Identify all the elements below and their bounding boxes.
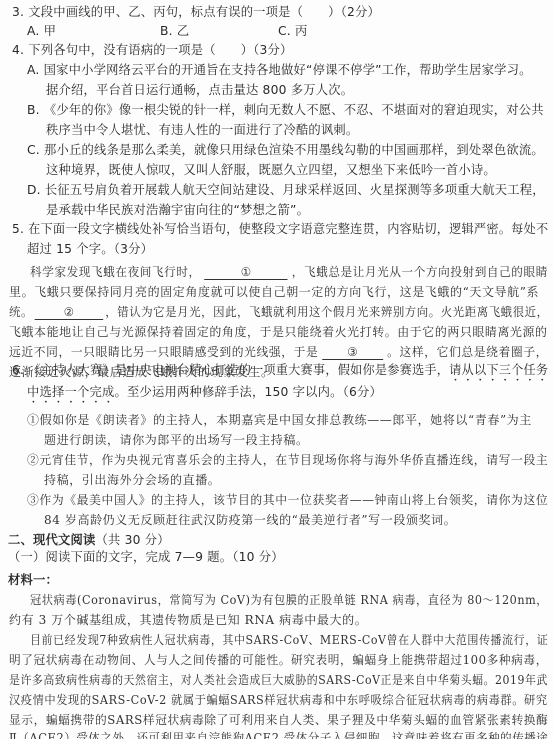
question-3-stem: 3. 文段中画线的甲、乙、丙句，标点有误的一项是（ ）（2分） [12,4,380,20]
question-4-option-c-line1: C. 那小丘的线条是那么柔美，就像只用绿色渲染不用墨线勾勒的中国画那样，到处翠色… [27,142,544,158]
passage-line-2: 里。飞蛾只要保持同月亮的固定角度就可以使自己朝一定的方向飞行，这是飞蛾的“天文导… [9,284,539,300]
material-paragraph-line: 冠状病毒(Coronavirus，常简写为 CoV)为有包膜的正股单链 RNA … [30,592,548,608]
material-paragraph-line: 明了冠状病毒在动物间、人与人之间传播的可能性。研究表明，蝙蝠身上能携带超过100… [9,652,548,668]
question-4-option-d-line1: D. 长征五号肩负着开展载人航天空间站建设、月球采样返回、火星探测等多项重大航天… [27,182,545,198]
question-4-option-c-line2: 这种境界，既使人惊叹，又叫人舒服，既愿久立四望，又想坐下来低吟一首小诗。 [46,162,496,178]
question-6-stem-line2: 中选择一个完成。至少运用两种修辞手法，150 字以内。（6分） [27,384,382,406]
task-2-line1: ②元宵佳节，作为央视元宵喜乐会的主持人，在节目现场你将与海外华侨直播连线，请写一… [27,452,548,468]
exam-page: 3. 文段中画线的甲、乙、丙句，标点有误的一项是（ ）（2分） A. 甲 B. … [0,0,554,739]
question-3-option-a: A. 甲 [27,23,56,39]
task-3-line1: ③作为《最美中国人》的主持人，该节目的其中一位获奖者——钟南山将上台领奖，请你为… [27,492,548,508]
section-2-heading: 二、现代文阅读（共 30 分） [8,532,170,548]
blank-3[interactable]: ③ [322,345,383,360]
question-3-option-c: C. 丙 [278,23,308,39]
question-6-stem-text: 6. 《主持人大赛》是中央电视台精心打造的一项重大赛事，假如你是参赛选手， [12,363,449,377]
passage-text: 科学家发现飞蛾在夜间飞行时， [30,265,201,279]
question-5-stem-line2: 超过 15 个字。（3分） [27,241,153,257]
question-4-option-a-line1: A. 国家中小学网络云平台的开通旨在支持各地做好“停课不停学”工作，帮助学生居家… [27,62,532,78]
passage-text: 远近不同，一只眼睛比另一只眼睛感受到的光线强，于是 [9,345,318,359]
material-paragraph-line: 汉疫情中发现的SARS-CoV-2 就属于蝙蝠SARS样冠状病毒和中东呼吸综合征… [9,692,548,708]
material-paragraph-line: 约有 3 万个碱基组成，其遗传物质是已知 RNA 病毒中最大的。 [9,612,367,628]
question-6-emphasis: 中选择一个完成 [27,385,114,399]
material-1-title: 材料一： [8,572,58,588]
section-2-score: （共 30 分） [95,533,169,547]
blank-1[interactable]: ① [205,265,288,280]
question-3-option-b: B. 乙 [160,23,189,39]
subsection-1-instruction: （一）阅读下面的文字，完成 7—9 题。（10 分） [8,549,284,565]
question-4-option-b-line1: B. 《少年的你》像一根尖锐的针一样，刺向无数人不愿、不忍、不堪面对的窘迫现实，… [27,102,544,118]
passage-text: 。这样，它们总是绕着圈子， [387,345,548,359]
question-4-option-a-line2: 据介绍，平台首日运行通畅，点击量达 800 多万人次。 [46,82,353,98]
passage-text: 统。 [9,305,33,319]
material-paragraph-line: 目前已经发现7种致病性人冠状病毒，其中SARS-CoV、MERS-CoV曾在人群… [30,632,548,648]
section-2-title: 二、现代文阅读 [8,533,95,547]
task-1-line1: ①假如你是《朗读者》的主持人，本期嘉宾是中国女排总教练——郎平，她将以“青春”为… [27,412,532,428]
material-paragraph-line: 是许多高致病性病毒的天然宿主，对人类社会造成巨大威胁的SARS-CoV正是来自中… [9,672,548,688]
question-6-stem-line1: 6. 《主持人大赛》是中央电视台精心打造的一项重大赛事，假如你是参赛选手，请从以… [12,362,548,384]
material-paragraph-line: 显示，蝙蝠携带的SARS样冠状病毒除了可利用来自人类、果子狸及中华菊头蝠的血管紧… [9,712,548,728]
passage-line-1: 科学家发现飞蛾在夜间飞行时，①，飞蛾总是让月光从一个方向投射到自己的眼睛 [30,264,548,280]
passage-text: ，飞蛾总是让月光从一个方向投射到自己的眼睛 [292,265,548,279]
question-4-stem: 4. 下列各句中，没有语病的一项是（ ）（3分） [12,42,293,58]
task-2-line2: 持稿，引出海外分会场的直播。 [44,472,220,488]
passage-line-3: 统。②，错认为它是月光，因此，飞蛾就利用这个假月光来辨别方向。火光距离飞蛾很近， [9,304,549,320]
passage-line-4: 飞蛾本能地让自己与光源保持着固定的角度，于是只能绕着火光打转。由于它的两只眼睛离… [9,324,548,340]
task-1-line2: 题进行朗读，请你为郎平的出场写一段主持稿。 [44,432,309,448]
task-3-line2: 84 岁高龄仍义无反顾赶往武汉防疫第一线的“最美逆行者”写一段颁奖词。 [44,512,456,528]
question-6-stem-text: 。至少运用两种修辞手法，150 字以内。（6分） [114,385,382,399]
passage-text: ，错认为它是月光，因此，飞蛾就利用这个假月光来辨别方向。火光距离飞蛾很近， [105,305,548,319]
question-4-option-d-line2: 是承载中华民族对浩瀚宇宙向往的“梦想之箭”。 [46,202,309,218]
material-paragraph-line: Ⅱ（ACE2）受体之外，还可利用来自浣熊狗ACE2 受体分子入侵细胞。这意味着将… [9,730,548,739]
question-6-emphasis: 请从以下三个任务 [449,363,548,377]
question-5-stem-line1: 5. 在下面一段文字横线处补写恰当语句，使整段文字语意完整连贯，内容贴切，逻辑严… [12,221,548,237]
blank-2[interactable]: ② [35,305,103,320]
passage-line-5: 远近不同，一只眼睛比另一只眼睛感受到的光线强，于是③。这样，它们总是绕着圈子， [9,344,548,360]
question-4-option-b-line2: 秩序当中令人堪忧、有违人性的一面进行了冷酷的讽刺。 [46,122,358,138]
